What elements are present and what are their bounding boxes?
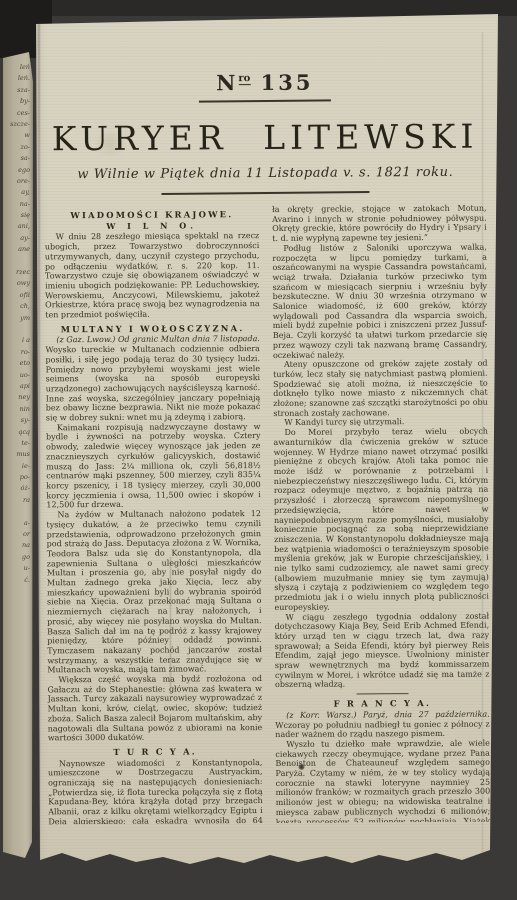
column-right: ła okręty greckie, stojące w zatokach Mo… xyxy=(272,204,490,823)
gutter-fragment: sa- xyxy=(5,153,30,164)
article-paragraph: Naynowsze wiadomości z Konstantynopola, … xyxy=(48,758,263,825)
gutter-fragment: by- xyxy=(5,96,30,107)
gutter-fragment: sza- xyxy=(5,85,30,96)
gutter-fragment xyxy=(5,506,30,517)
gutter-fragment: w xyxy=(5,130,30,141)
gutter-fragment: na xyxy=(5,540,30,551)
section-heading: F R A N C Y A. xyxy=(275,699,490,710)
adjacent-page-text-fragments: leńleń.sza-by-ces-szcze-wzo-sa-egoore-ay… xyxy=(5,62,30,586)
gutter-fragment: na- xyxy=(5,199,30,210)
gutter-fragment: sy- xyxy=(5,415,30,426)
newspaper-page: Nro 135 KURYER LITEWSKI w Wilnie w Piąte… xyxy=(30,12,502,870)
masthead-rule-medium xyxy=(161,191,369,195)
issue-prefix: N xyxy=(216,70,238,95)
page-content: Nro 135 KURYER LITEWSKI w Wilnie w Piąte… xyxy=(27,11,504,872)
gutter-fragment xyxy=(5,324,30,335)
gutter-fragment: ć. xyxy=(5,575,30,586)
gutter-fragment xyxy=(5,256,30,267)
gutter-fragment: te- xyxy=(5,438,30,449)
gutter-fragment: ay- xyxy=(5,233,30,244)
article-paragraph: Większa część woyska ma bydź rozłożona o… xyxy=(47,674,262,743)
newspaper-title: KURYER LITEWSKI xyxy=(44,117,486,159)
article-paragraph: W dniu 28 zeszłego miesiąca spektakl na … xyxy=(45,231,260,320)
gutter-fragment: mus xyxy=(5,449,30,460)
gutter-fragment: uo- xyxy=(5,370,30,381)
article-paragraph: W ciągu zeszłego tygodnia oddalony zosta… xyxy=(275,611,490,690)
adjacent-page-edge: leńleń.sza-by-ces-szcze-wzo-sa-egoore-ay… xyxy=(3,52,33,858)
scan-background-top xyxy=(0,0,517,16)
gutter-fragment: leń xyxy=(5,62,30,73)
article-paragraph: ła okręty greckie, stojące w zatokach Mo… xyxy=(272,204,487,244)
gutter-fragment: or xyxy=(5,529,30,540)
gutter-fragment: rzec xyxy=(5,267,30,278)
gutter-fragment: i a xyxy=(5,335,30,346)
gutter-fragment: ym xyxy=(5,313,30,324)
section-heading: WIADOMOŚCI KRAJOWE. xyxy=(45,210,260,221)
paragraph-lead: (z Gaz. Lwow.) Od granic Multan dnia 7 l… xyxy=(56,334,260,344)
article-paragraph: (z Gaz. Lwow.) Od granic Multan dnia 7 l… xyxy=(45,334,260,423)
gutter-fragment: szcze- xyxy=(5,119,30,130)
gutter-fragment: ącą xyxy=(5,427,30,438)
section-rule xyxy=(356,693,408,694)
gutter-fragment: ay, xyxy=(5,187,30,198)
gutter-fragment: ofii xyxy=(5,290,30,301)
newspaper-scan: leńleń.sza-by-ces-szcze-wzo-sa-egoore-ay… xyxy=(0,0,517,900)
gutter-fragment: ie- xyxy=(5,461,30,472)
gutter-fragment: ro- xyxy=(5,347,30,358)
gutter-fragment: api xyxy=(5,381,30,392)
gutter-fragment: ore- xyxy=(5,176,30,187)
gutter-fragment: óż- xyxy=(5,483,30,494)
section-subheading: W I L N O. xyxy=(45,221,260,232)
gutter-fragment: owy xyxy=(5,278,30,289)
section-heading: MULTANY I WOŁOSCZYZNA. xyxy=(45,324,260,335)
gutter-fragment: zo- xyxy=(5,142,30,153)
gutter-fragment: ani, xyxy=(5,221,30,232)
issue-superscript: ro xyxy=(238,73,250,85)
masthead-rule-short xyxy=(199,99,331,102)
article-paragraph: Do Morei przybyło teraz wielu obcych awa… xyxy=(273,427,489,613)
gutter-fragment: ney xyxy=(5,392,30,403)
issue-digits: 135 xyxy=(261,70,314,95)
gutter-fragment: u- xyxy=(5,563,30,574)
gutter-fragment: ch, xyxy=(5,301,30,312)
article-paragraph: Podług listów z Saloniki uporczywa walka… xyxy=(272,242,487,360)
paragraph-lead: (z Korr. Warsz.) Paryż, dnia 27 paździer… xyxy=(286,709,490,719)
gutter-fragment: po- xyxy=(5,472,30,483)
gutter-fragment: ces- xyxy=(5,108,30,119)
gutter-fragment: nin xyxy=(5,404,30,415)
gutter-fragment: ra xyxy=(5,495,30,506)
article-paragraph: Kaimakani rozpisują nadzwyczayne dostawy… xyxy=(46,422,261,511)
gutter-fragment: go xyxy=(5,552,30,563)
article-paragraph: Ateny opuszczone od greków zajęte został… xyxy=(273,359,488,419)
gutter-fragment: ego xyxy=(5,165,30,176)
gutter-fragment: eto xyxy=(5,358,30,369)
article-columns: WIADOMOŚCI KRAJOWE.W I L N O.W dniu 28 z… xyxy=(45,204,491,825)
dateline: w Wilnie w Piątek dnia 11 Listopada v. s… xyxy=(44,165,486,183)
masthead: Nro 135 KURYER LITEWSKI w Wilnie w Piąte… xyxy=(44,69,487,196)
column-left: WIADOMOŚCI KRAJOWE.W I L N O.W dniu 28 z… xyxy=(45,205,263,824)
gutter-fragment: ane xyxy=(5,244,30,255)
section-heading: T U R C Y A. xyxy=(48,747,263,758)
gutter-fragment: a- xyxy=(5,518,30,529)
gutter-fragment: leń. xyxy=(5,73,30,84)
article-paragraph: Wyszło tu dziełko małe wprawdzie, ale wi… xyxy=(275,739,490,825)
article-paragraph: Na żydów w Multanach nałożono podatek 12… xyxy=(46,509,262,675)
gutter-fragment: się xyxy=(5,210,30,221)
article-paragraph: (z Korr. Warsz.) Paryż, dnia 27 paździer… xyxy=(275,709,490,739)
issue-number: Nro 135 xyxy=(44,69,486,97)
